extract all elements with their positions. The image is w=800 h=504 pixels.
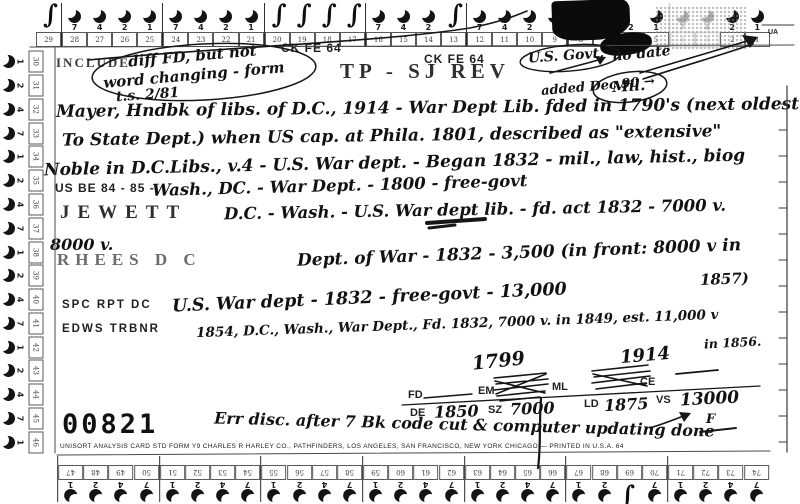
punch-number-label: 33 <box>28 122 43 144</box>
field-ld-value: 1875 <box>604 394 649 415</box>
punch-number-label: 74 <box>744 465 769 480</box>
punch-cell: 1 13 <box>441 3 466 47</box>
punch-cell: 4 65 <box>515 456 540 502</box>
punch-cell: 7 58 <box>337 456 362 502</box>
punch-number-label: 34 <box>28 146 43 168</box>
punch-hole-icon <box>114 489 127 502</box>
punch-hole-icon <box>471 489 484 502</box>
punch-cell: 7 28 <box>61 3 87 47</box>
field-em-year: 1799 <box>471 347 526 374</box>
punch-digit-label: 1 <box>169 480 175 489</box>
punch-cell: 1 59 <box>362 456 388 502</box>
punch-digit-label: 1 <box>271 480 277 489</box>
punch-cell: 7 16 <box>365 3 391 47</box>
field-em-label: EM <box>478 385 495 397</box>
include-stamp: INCLUDE <box>56 55 130 71</box>
punch-hole-icon <box>140 489 153 502</box>
punch-hole-icon <box>271 10 284 23</box>
punch-digit-label: 2 <box>500 480 506 489</box>
punch-digit-label: 1 <box>68 480 74 489</box>
punch-hole-icon <box>93 10 106 23</box>
punch-number-label: 49 <box>108 465 133 480</box>
card-form-footer: UNISORT ANALYSIS CARD STD FORM Y9 CHARLE… <box>60 443 624 450</box>
punch-hole-icon <box>473 10 486 23</box>
punch-hole-icon <box>2 174 15 187</box>
punch-hole-icon <box>143 10 156 23</box>
punch-number-label: 35 <box>28 170 43 192</box>
punch-number-label: 59 <box>363 465 388 480</box>
punch-number-label: 10 <box>517 32 542 47</box>
punch-hole-icon <box>343 489 356 502</box>
punch-number-label: 53 <box>210 465 235 480</box>
punch-cell: 1 46 <box>2 430 56 454</box>
punch-cell: 7 33 <box>2 121 56 145</box>
punch-hole-icon <box>725 489 738 502</box>
punch-number-label: 27 <box>87 32 112 47</box>
punch-number-label: 15 <box>391 32 416 47</box>
punch-hole-icon <box>216 489 229 502</box>
field-vs-label: VS <box>656 394 671 406</box>
punch-hole-icon <box>2 364 15 377</box>
punch-digit-label: 7 <box>448 480 454 489</box>
bottom-edge-punch-row: 1 47 2 48 4 49 7 50 1 <box>57 456 769 502</box>
punch-number-label: 31 <box>28 75 43 97</box>
punch-cell: 7 50 <box>134 456 159 502</box>
punch-number-label: 41 <box>28 312 43 334</box>
punch-cell: 2 26 <box>112 3 137 47</box>
punch-number-label: 32 <box>28 98 43 120</box>
punch-digit-label: 7 <box>550 480 556 489</box>
punch-cell: 2 48 <box>83 456 108 502</box>
punch-number-label: 14 <box>416 32 441 47</box>
punch-hole-icon <box>166 489 179 502</box>
punch-cell: 2 10 <box>517 3 542 47</box>
punch-hole-icon <box>2 79 15 92</box>
punch-cell: 7 70 <box>642 456 667 502</box>
punch-cell: 1 25 <box>137 3 162 47</box>
punch-digit-label: 7 <box>15 321 24 327</box>
punch-number-label: 62 <box>439 465 464 480</box>
punch-digit-label: 1 <box>373 480 379 489</box>
punch-hole-icon <box>293 489 306 502</box>
punch-cell: 2 64 <box>490 456 515 502</box>
punch-number-label: 1 <box>745 32 770 47</box>
punch-cell: 1 1 <box>745 3 770 47</box>
punch-digit-label: 2 <box>601 480 607 489</box>
punch-cell: 2 22 <box>213 3 238 47</box>
punch-number-label: 67 <box>566 465 591 480</box>
punch-cell: 2 31 <box>2 74 56 98</box>
punch-hole-icon <box>89 489 102 502</box>
punch-hole-icon <box>191 489 204 502</box>
punch-number-label: 12 <box>467 32 492 47</box>
punch-cell: 1 21 <box>239 3 264 47</box>
entry-spc-label: SPC RPT DC <box>62 299 152 311</box>
punch-digit-label: 7 <box>376 23 382 32</box>
punch-digit-label: 7 <box>143 480 149 489</box>
punch-hole-icon <box>296 10 309 23</box>
punch-digit-label: 1 <box>15 249 24 255</box>
punch-cell: 2 14 <box>416 3 441 47</box>
punch-number-label: 17 <box>340 32 365 47</box>
jewett-stamp: JEWETT <box>60 202 187 224</box>
punch-number-label: 48 <box>83 465 108 480</box>
punch-number-label: 71 <box>668 465 693 480</box>
punch-cell: 2 56 <box>287 456 312 502</box>
punch-digit-label: 1 <box>15 344 24 350</box>
punch-hole-icon <box>118 10 131 23</box>
right-edge-label: UA <box>768 29 778 36</box>
punch-number-label: 13 <box>441 32 466 47</box>
punch-digit-label: 4 <box>322 480 328 489</box>
punch-number-label: 72 <box>693 465 718 480</box>
punch-digit-label: 4 <box>118 480 124 489</box>
field-ce-label: CE <box>640 376 655 388</box>
punch-digit-label: 2 <box>703 480 709 489</box>
punch-cell: 4 32 <box>2 98 56 122</box>
punch-hole-icon <box>369 489 382 502</box>
punch-digit-label: 2 <box>527 23 533 32</box>
punch-digit-label: 7 <box>477 23 483 32</box>
punch-number-label: 54 <box>235 465 260 480</box>
ck-fe-64-stamp: CK FE 64 <box>281 41 342 55</box>
punch-digit-label: 2 <box>93 480 99 489</box>
punch-digit-label: 1 <box>475 480 481 489</box>
punch-cell: 4 11 <box>492 3 517 47</box>
punch-number-label: 73 <box>718 465 743 480</box>
punch-number-label: 28 <box>62 32 87 47</box>
punch-hole-icon <box>321 10 334 23</box>
punch-digit-label: 4 <box>423 480 429 489</box>
punch-digit-label: 1 <box>576 480 582 489</box>
punch-number-label: 39 <box>28 265 43 287</box>
punch-digit-label: 4 <box>220 480 226 489</box>
punch-cell: 7 66 <box>540 456 565 502</box>
punch-cell: 4 40 <box>2 288 56 312</box>
punch-digit-label: 4 <box>15 107 24 113</box>
field-sz-label: SZ <box>488 404 502 416</box>
punch-hole-icon <box>498 10 511 23</box>
punch-digit-label: 4 <box>728 480 734 489</box>
punch-hole-icon <box>318 489 331 502</box>
punch-hole-icon <box>674 489 687 502</box>
punch-digit-label: 7 <box>245 480 251 489</box>
punch-cell: 1 30 <box>2 50 56 74</box>
punch-cell: 1 42 <box>2 335 56 359</box>
punch-hole-icon <box>2 246 15 259</box>
punch-number-label: 24 <box>163 32 188 47</box>
title-stamp: TP - SJ REV <box>340 59 510 84</box>
punch-digit-label: 2 <box>195 480 201 489</box>
punch-hole-icon <box>2 103 15 116</box>
punch-hole-icon <box>2 412 15 425</box>
entry-edws-label: EDWS TRBNR <box>62 323 160 335</box>
punch-cell: 4 27 <box>87 3 112 47</box>
punch-number-label: 47 <box>58 465 83 480</box>
punch-number-label: 66 <box>540 465 565 480</box>
punch-cell: 4 15 <box>391 3 416 47</box>
punch-hole-icon <box>496 489 509 502</box>
punch-hole-icon <box>699 489 712 502</box>
punch-number-label: 52 <box>185 465 210 480</box>
punch-number-label: 37 <box>28 217 43 239</box>
punch-digit-label: 4 <box>525 480 531 489</box>
punch-cell: 4 69 <box>617 456 642 502</box>
punch-cell: 4 73 <box>718 456 743 502</box>
punch-digit-label: 4 <box>401 23 407 32</box>
punch-hole-icon <box>546 489 559 502</box>
punch-cell: 1 63 <box>464 456 490 502</box>
punch-digit-label: 7 <box>652 480 658 489</box>
punch-digit-label: 1 <box>754 23 760 32</box>
punch-digit-label: 2 <box>15 368 24 374</box>
punch-hole-icon <box>2 222 15 235</box>
punch-number-label: 70 <box>642 465 667 480</box>
punch-hole-icon <box>2 55 15 68</box>
punch-hole-icon <box>2 269 15 282</box>
punch-hole-icon <box>64 489 77 502</box>
punch-hole-icon <box>2 388 15 401</box>
punch-number-label: 58 <box>337 465 362 480</box>
entry-spc-text: U.S. War dept - 1832 - free-govt - 13,00… <box>172 279 567 316</box>
punch-hole-icon <box>445 489 458 502</box>
punch-cell: 1 29 <box>36 3 61 47</box>
punch-number-label: 26 <box>112 32 137 47</box>
mil-note: Mil. <box>611 76 645 96</box>
punch-digit-label: 2 <box>426 23 432 32</box>
punch-hole-icon <box>2 127 15 140</box>
punch-cell: 7 54 <box>235 456 260 502</box>
punch-hole-icon <box>2 293 15 306</box>
punch-cell: 2 43 <box>2 359 56 383</box>
punch-number-label: 30 <box>28 51 43 73</box>
punch-hole-icon <box>750 489 763 502</box>
punch-hole-icon <box>241 489 254 502</box>
punch-hole-icon <box>573 489 586 502</box>
field-ml-label: ML <box>552 381 568 393</box>
punch-hole-icon <box>521 489 534 502</box>
punch-cell: 2 72 <box>693 456 718 502</box>
punch-digit-label: 2 <box>15 178 24 184</box>
punch-digit-label: 7 <box>72 23 78 32</box>
punch-cell: 2 68 <box>592 456 617 502</box>
punch-hole-icon <box>245 10 258 23</box>
field-ml-year: 1914 <box>619 343 671 368</box>
punch-hole-icon <box>2 150 15 163</box>
punch-number-label: 61 <box>413 465 438 480</box>
field-ld-label: LD <box>584 398 599 410</box>
punch-number-label: 42 <box>28 336 43 358</box>
punch-number-label: 63 <box>465 465 490 480</box>
scanned-card: 1 29 7 28 4 27 2 26 1 <box>0 0 800 504</box>
punch-digit-label: 1 <box>15 59 24 65</box>
punch-digit-label: 1 <box>147 23 153 32</box>
punch-number-label: 56 <box>287 465 312 480</box>
punch-digit-label: 4 <box>15 202 24 208</box>
punch-cell: 4 44 <box>2 383 56 407</box>
punch-hole-icon <box>623 489 636 502</box>
punch-cell: 4 53 <box>210 456 235 502</box>
entry-edws-cont: in 1856. <box>704 334 762 352</box>
punch-digit-label: 1 <box>248 23 254 32</box>
punch-hole-icon <box>420 489 433 502</box>
punch-digit-label: 2 <box>15 273 24 279</box>
punch-digit-label: 1 <box>678 480 684 489</box>
punch-cell: 2 39 <box>2 264 56 288</box>
punch-cell: 1 55 <box>260 456 286 502</box>
punch-number-label: 46 <box>28 431 43 453</box>
left-edge-punch-column: 1 30 2 31 4 32 7 33 1 <box>2 50 56 454</box>
punch-hole-icon <box>267 489 280 502</box>
punch-number-label: 25 <box>137 32 162 47</box>
punch-number-label: 68 <box>592 465 617 480</box>
punch-number-label: 43 <box>28 360 43 382</box>
field-fd-label: FD <box>408 389 423 401</box>
punch-cell: 7 45 <box>2 406 56 430</box>
punch-digit-label: 4 <box>97 23 103 32</box>
punch-number-label: 50 <box>134 465 159 480</box>
entry-rhees-text: Dept. of War - 1832 - 3,500 (in front: 8… <box>297 235 742 270</box>
punch-hole-icon <box>447 10 460 23</box>
punch-cell: 4 49 <box>108 456 133 502</box>
punch-number-label: 65 <box>515 465 540 480</box>
govt-note: U.S. Govt, <box>528 45 605 66</box>
field-vs-value: 13000 <box>680 387 740 410</box>
punch-hole-icon <box>68 10 81 23</box>
punch-cell: 7 62 <box>439 456 464 502</box>
punch-digit-label: 7 <box>173 23 179 32</box>
punch-digit-label: 2 <box>398 480 404 489</box>
punch-cell: 4 61 <box>413 456 438 502</box>
punch-hole-icon <box>598 489 611 502</box>
entry-jewett-text: D.C. - Wash. - U.S. War dept lib. - fd. … <box>224 196 726 224</box>
punch-cell: 4 36 <box>2 193 56 217</box>
punch-hole-icon <box>397 10 410 23</box>
punch-cell: 7 37 <box>2 216 56 240</box>
punch-hole-icon <box>169 10 182 23</box>
entry-rhees-cont: 1857) <box>700 269 749 289</box>
punch-hole-icon <box>346 10 359 23</box>
punch-digit-label: 2 <box>15 83 24 89</box>
punch-cell: 4 23 <box>188 3 213 47</box>
punch-digit-label: 2 <box>223 23 229 32</box>
punch-cell: 1 38 <box>2 240 56 264</box>
punch-hole-icon <box>394 489 407 502</box>
punch-cell: 1 67 <box>565 456 591 502</box>
punch-hole-icon <box>2 198 15 211</box>
punch-number-label: 44 <box>28 384 43 406</box>
punch-cell: 1 71 <box>667 456 693 502</box>
punch-cell: 2 52 <box>185 456 210 502</box>
punch-digit-label: 7 <box>15 225 24 231</box>
punch-digit-label: 4 <box>198 23 204 32</box>
punch-digit-label: 1 <box>15 154 24 160</box>
punch-number-label: 29 <box>36 32 61 47</box>
punch-number-label: 57 <box>312 465 337 480</box>
punch-hole-icon <box>422 10 435 23</box>
punch-cell: 1 17 <box>340 3 365 47</box>
punch-hole-icon <box>42 10 55 23</box>
punch-digit-label: 1 <box>15 439 24 445</box>
punch-number-label: 16 <box>366 32 391 47</box>
punch-number-label: 11 <box>492 32 517 47</box>
punch-cell: 7 74 <box>744 456 769 502</box>
punch-hole-icon <box>372 10 385 23</box>
punch-cell: 2 60 <box>388 456 413 502</box>
punch-cell: 1 47 <box>57 456 83 502</box>
punch-digit-label: 4 <box>15 297 24 303</box>
punch-cell: 4 57 <box>312 456 337 502</box>
punch-hole-icon <box>2 317 15 330</box>
punch-number-label: 69 <box>617 465 642 480</box>
punch-number-label: 40 <box>28 289 43 311</box>
punch-cell: 1 51 <box>159 456 185 502</box>
punch-number-label: 64 <box>490 465 515 480</box>
punch-digit-label: 7 <box>15 130 24 136</box>
punch-hole-icon <box>751 10 764 23</box>
punch-number-label: 38 <box>28 241 43 263</box>
punch-digit-label: 7 <box>347 480 353 489</box>
punch-digit-label: 2 <box>296 480 302 489</box>
punch-number-label: 55 <box>261 465 286 480</box>
punch-hole-icon <box>2 436 15 449</box>
punch-number-label: 45 <box>28 407 43 429</box>
rhees-stamp: RHEES D C <box>57 250 202 270</box>
entry-usbe-label: US BE 84 - 85 - <box>55 181 155 195</box>
serial-number-stamp: 00821 <box>62 409 158 440</box>
punch-digit-label: 4 <box>15 392 24 398</box>
punch-hole-icon <box>2 341 15 354</box>
punch-number-label: 60 <box>388 465 413 480</box>
punch-digit-label: 7 <box>753 480 759 489</box>
punch-cell: 7 12 <box>466 3 492 47</box>
entry-state-dept: To State Dept.) when US cap. at Phila. 1… <box>62 121 722 150</box>
punch-hole-icon <box>219 10 232 23</box>
punch-cell: 7 24 <box>162 3 188 47</box>
punch-number-label: 51 <box>160 465 185 480</box>
punch-number-label: 36 <box>28 193 43 215</box>
punch-digit-label: 7 <box>15 416 24 422</box>
punch-hole-icon <box>648 489 661 502</box>
punch-hole-icon <box>523 10 536 23</box>
punch-hole-icon <box>194 10 207 23</box>
punch-digit-label: 4 <box>502 23 508 32</box>
punch-cell: 7 41 <box>2 311 56 335</box>
punch-digit-label: 2 <box>122 23 128 32</box>
